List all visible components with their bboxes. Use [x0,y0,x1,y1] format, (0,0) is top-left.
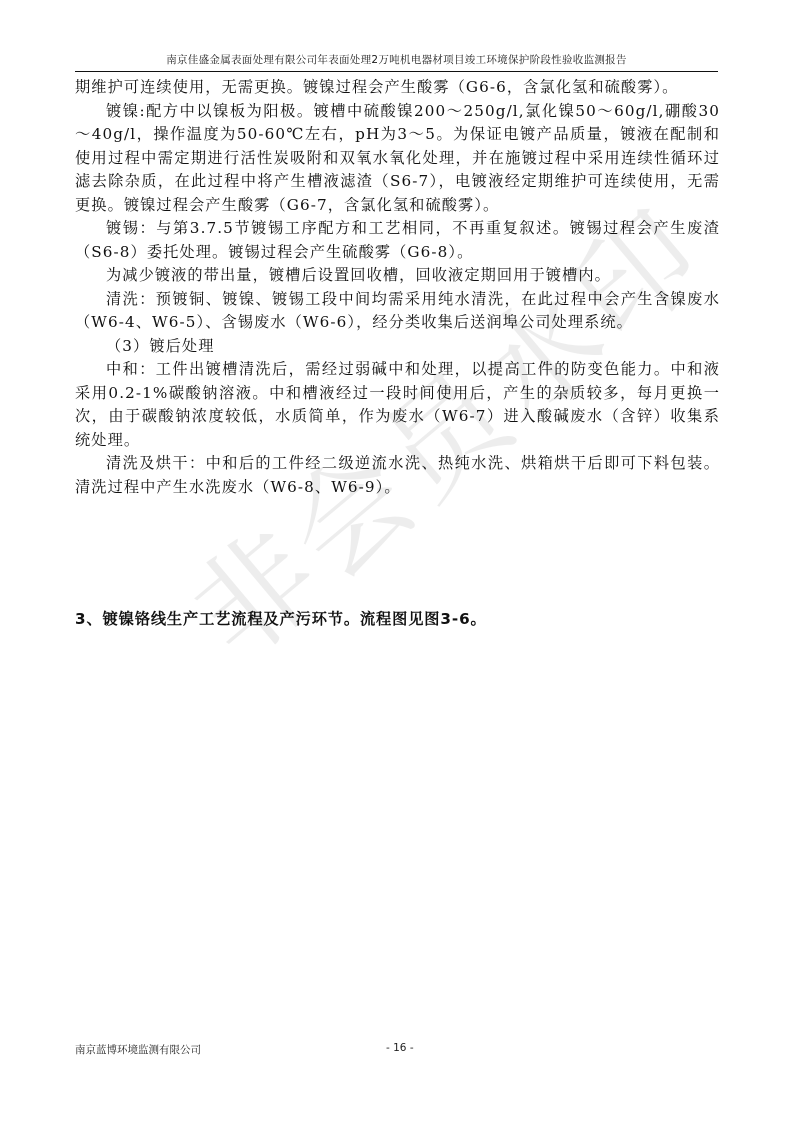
paragraph-rinse-and-dry: 清洗及烘干：中和后的工件经二级逆流水洗、热纯水洗、烘箱烘干后即可下料包装。清洗过… [75,452,720,499]
section-heading: 3、镀镍铬线生产工艺流程及产污环节。流程图见图3-6。 [75,607,487,631]
paragraph-continuation: 期维护可连续使用，无需更换。镀镍过程会产生酸雾（G6-6，含氯化氢和硫酸雾）。 [75,76,720,100]
subsection-heading-post-treatment: （3）镀后处理 [75,335,720,359]
paragraph-rinsing: 清洗：预镀铜、镀镍、镀锡工段中间均需采用纯水清洗，在此过程中会产生含镍废水（W6… [75,288,720,335]
page-number: - 16 - [386,1042,414,1054]
running-header: 南京佳盛金属表面处理有限公司年表面处理2万吨机电器材项目竣工环境保护阶段性验收监… [75,52,718,68]
paragraph-recovery-tank: 为减少镀液的带出量，镀槽后设置回收槽，回收液定期回用于镀槽内。 [75,264,720,288]
footer-company: 南京蓝博环境监测有限公司 [75,1042,201,1057]
header-rule [75,71,718,72]
body-text: 期维护可连续使用，无需更换。镀镍过程会产生酸雾（G6-6，含氯化氢和硫酸雾）。 … [75,76,720,499]
paragraph-neutralization: 中和：工件出镀槽清洗后，需经过弱碱中和处理，以提高工件的防变色能力。中和液采用0… [75,358,720,452]
paragraph-tin-plating: 镀锡：与第3.7.5节镀锡工序配方和工艺相同，不再重复叙述。镀锡过程会产生废渣（… [75,217,720,264]
paragraph-nickel-plating: 镀镍:配方中以镍板为阳极。镀槽中硫酸镍200～250g/l,氯化镍50～60g/… [75,100,720,218]
